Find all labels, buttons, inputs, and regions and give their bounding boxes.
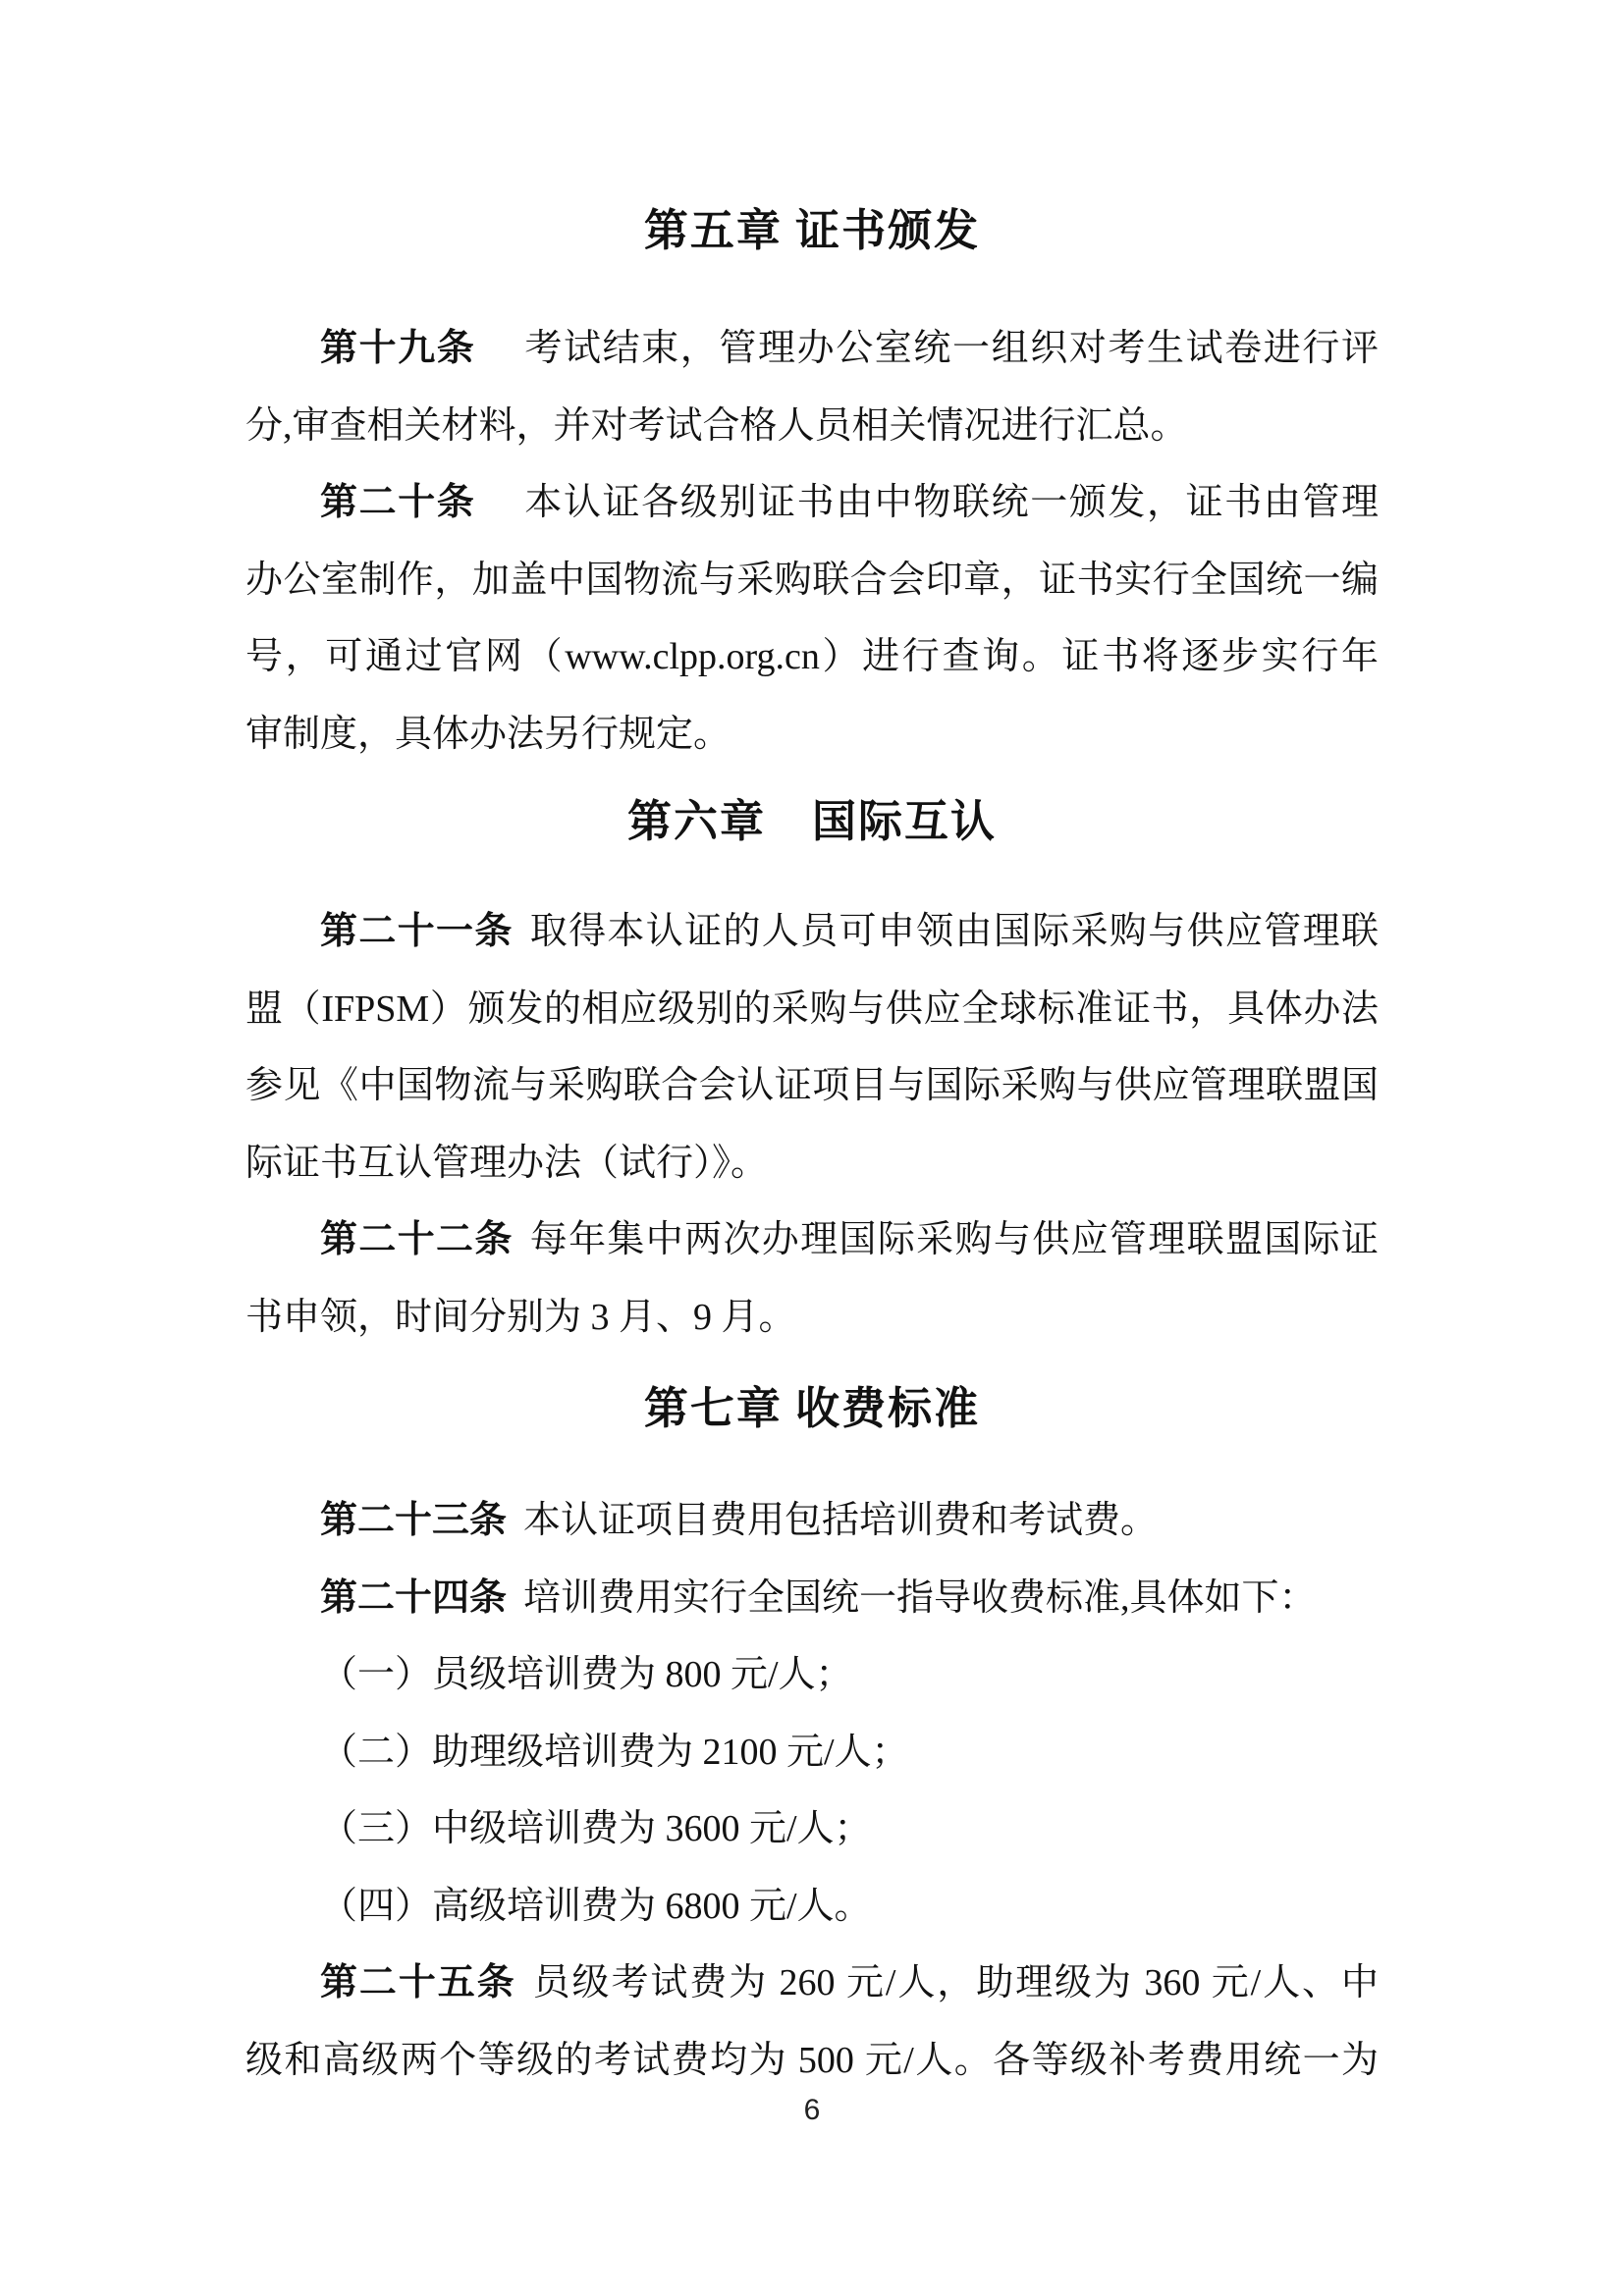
article-19-line-1: 考试结束，管理办公室统一组织对考生试卷进行评 [524, 328, 1379, 369]
article-24-lead: 第二十四条 [320, 1577, 507, 1619]
fee-item-3: （三）中级培训费为 3600 元/人； [245, 1790, 1379, 1868]
article-23-line-1: 本认证项目费用包括培训费和考试费。 [523, 1500, 1158, 1541]
fee-item-4: （四）高级培训费为 6800 元/人。 [245, 1868, 1379, 1946]
article-20-line-3: 号，可通过官网（www.clpp.org.cn）进行查询。证书将逐步实行年 [245, 618, 1379, 696]
article-25: 第二十五条员级考试费为 260 元/人，助理级为 360 元/人、中 级和高级两… [245, 1945, 1379, 2099]
article-20-line-4: 审制度，具体办法另行规定。 [245, 696, 1379, 774]
fee-item-1: （一）员级培训费为 800 元/人； [245, 1636, 1379, 1714]
article-20-lead: 第二十条 [320, 482, 475, 523]
article-19-lead: 第十九条 [320, 328, 475, 369]
chapter-5-title: 第五章 证书颁发 [245, 200, 1379, 261]
text-line: 第二十四条培训费用实行全国统一指导收费标准,具体如下： [245, 1560, 1379, 1637]
article-22: 第二十二条每年集中两次办理国际采购与供应管理联盟国际证 书申领，时间分别为 3 … [245, 1201, 1379, 1356]
chapter-7-title: 第七章 收费标准 [245, 1378, 1379, 1439]
document-content: 第五章 证书颁发 第十九条考试结束，管理办公室统一组织对考生试卷进行评 分,审查… [245, 0, 1379, 2099]
article-25-line-1: 员级考试费为 260 元/人，助理级为 360 元/人、中 [533, 1962, 1379, 2003]
article-25-line-2: 级和高级两个等级的考试费均为 500 元/人。各等级补考费用统一为 [245, 2022, 1379, 2100]
text-line: 第二十五条员级考试费为 260 元/人，助理级为 360 元/人、中 [245, 1945, 1379, 2022]
article-22-lead: 第二十二条 [320, 1219, 514, 1260]
article-25-lead: 第二十五条 [320, 1962, 516, 2003]
article-21-line-3: 参见《中国物流与采购联合会认证项目与国际采购与供应管理联盟国 [245, 1047, 1379, 1125]
document-page: 第五章 证书颁发 第十九条考试结束，管理办公室统一组织对考生试卷进行评 分,审查… [0, 0, 1624, 2296]
article-21-lead: 第二十一条 [320, 911, 514, 952]
text-line: 第二十条本认证各级别证书由中物联统一颁发，证书由管理 [245, 464, 1379, 542]
article-21-line-4: 际证书互认管理办法（试行）》。 [245, 1125, 1379, 1202]
text-line: 第二十一条取得本认证的人员可申领由国际采购与供应管理联 [245, 893, 1379, 971]
article-22-line-1: 每年集中两次办理国际采购与供应管理联盟国际证 [530, 1219, 1379, 1260]
article-23-lead: 第二十三条 [320, 1500, 507, 1541]
article-21-line-2: 盟（IFPSM）颁发的相应级别的采购与供应全球标准证书，具体办法 [245, 971, 1379, 1048]
chapter-6-title: 第六章 国际互认 [245, 791, 1379, 852]
fee-item-list: （一）员级培训费为 800 元/人； （二）助理级培训费为 2100 元/人； … [245, 1636, 1379, 1945]
page-number: 6 [0, 2089, 1624, 2132]
article-20: 第二十条本认证各级别证书由中物联统一颁发，证书由管理 办公室制作，加盖中国物流与… [245, 464, 1379, 773]
article-20-line-2: 办公室制作，加盖中国物流与采购联合会印章，证书实行全国统一编 [245, 542, 1379, 619]
article-20-line-1: 本认证各级别证书由中物联统一颁发，证书由管理 [524, 482, 1379, 523]
text-line: 第二十二条每年集中两次办理国际采购与供应管理联盟国际证 [245, 1201, 1379, 1279]
article-23: 第二十三条本认证项目费用包括培训费和考试费。 [245, 1482, 1379, 1560]
article-24: 第二十四条培训费用实行全国统一指导收费标准,具体如下： [245, 1560, 1379, 1637]
article-22-line-2: 书申领，时间分别为 3 月、9 月。 [245, 1279, 1379, 1357]
article-21-line-1: 取得本认证的人员可申领由国际采购与供应管理联 [530, 911, 1379, 952]
article-24-line-1: 培训费用实行全国统一指导收费标准,具体如下： [523, 1577, 1317, 1619]
fee-item-2: （二）助理级培训费为 2100 元/人； [245, 1714, 1379, 1791]
article-19: 第十九条考试结束，管理办公室统一组织对考生试卷进行评 分,审查相关材料，并对考试… [245, 310, 1379, 464]
article-21: 第二十一条取得本认证的人员可申领由国际采购与供应管理联 盟（IFPSM）颁发的相… [245, 893, 1379, 1201]
article-19-line-2: 分,审查相关材料，并对考试合格人员相关情况进行汇总。 [245, 388, 1379, 465]
text-line: 第十九条考试结束，管理办公室统一组织对考生试卷进行评 [245, 310, 1379, 388]
text-line: 第二十三条本认证项目费用包括培训费和考试费。 [245, 1482, 1379, 1560]
